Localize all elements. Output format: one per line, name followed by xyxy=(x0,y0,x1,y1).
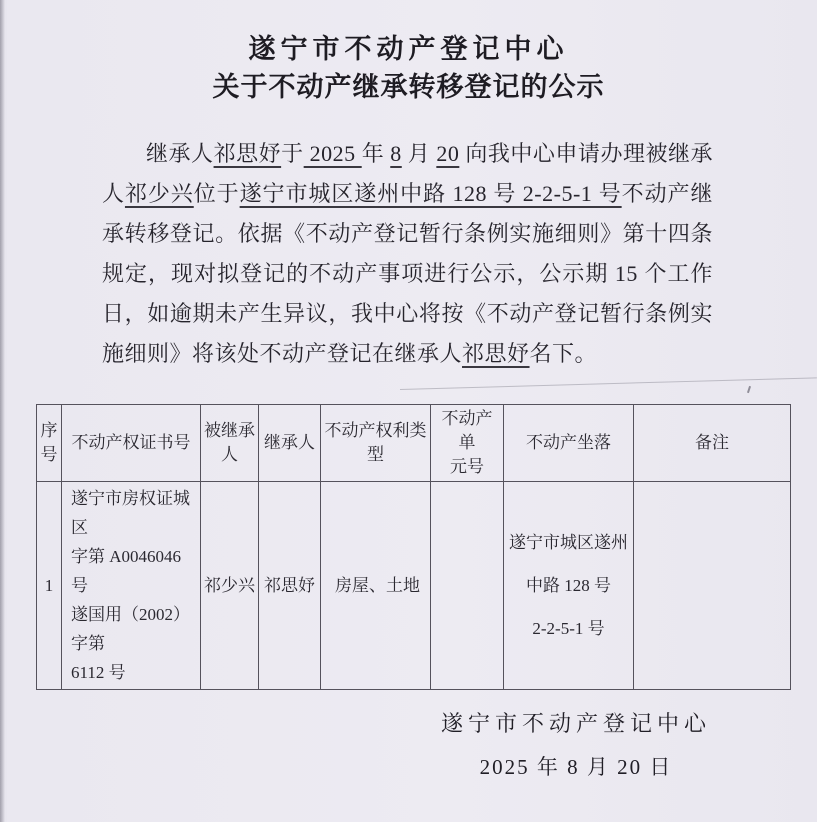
cell-line: 房屋、土地 xyxy=(335,574,427,598)
filled-in-underlined-text: 祁少兴 xyxy=(125,181,194,206)
table-cell-6: 遂宁市城区遂州中路 128 号2-2-5-1 号 xyxy=(504,482,634,690)
cell-line: 被继承人 xyxy=(204,419,255,467)
table-cell-2: 祁少兴 xyxy=(201,482,259,690)
table-cell-7 xyxy=(634,482,791,690)
text-run: 月 xyxy=(402,141,437,166)
header-cell-3: 继承人 xyxy=(259,405,321,482)
header-cell-1: 不动产权证书号 xyxy=(62,405,201,482)
cell-line: 不动产单 xyxy=(434,407,500,455)
property-record-table: 序号不动产权证书号被继承人继承人不动产权利类型不动产单元号不动产坐落备注1遂宁市… xyxy=(36,404,791,690)
cell-line: 不动产权证书号 xyxy=(65,431,197,455)
notice-body-paragraph: 继承人祁思妤于 2025 年 8 月 20 向我中心申请办理被继承人祁少兴位于遂… xyxy=(102,134,713,374)
signature-block: 遂宁市不动产登记中心 2025 年 8 月 20 日 xyxy=(441,710,711,780)
cell-line: 6112 号 xyxy=(71,658,196,687)
cell-line: 2-2-5-1 号 xyxy=(507,607,630,650)
header-cell-5: 不动产单元号 xyxy=(431,405,504,482)
cell-line: 遂宁市城区遂州 xyxy=(507,521,630,564)
signature-date: 2025 年 8 月 20 日 xyxy=(441,754,711,780)
text-run: 年 xyxy=(362,141,385,166)
cell-line: 号 xyxy=(40,443,58,467)
cell-line: 中路 128 号 xyxy=(507,564,630,607)
notice-title-line2: 关于不动产继承转移登记的公示 xyxy=(0,68,817,106)
text-run: 位于 xyxy=(194,181,240,206)
header-cell-2: 被继承人 xyxy=(201,405,259,482)
cell-line: 遂宁市房权证城区 xyxy=(71,484,196,542)
notice-title-line1: 遂宁市不动产登记中心 xyxy=(0,30,817,68)
table-cell-5 xyxy=(431,482,504,690)
cell-line: 备注 xyxy=(637,431,787,455)
header-cell-4: 不动产权利类型 xyxy=(321,405,431,482)
table-cell-3: 祁思妤 xyxy=(259,482,321,690)
text-run: 不动产继承转移登记。依据《不动产登记暂行条例实施细则》第十四条规定，现对拟登记的… xyxy=(102,181,713,366)
header-cell-0: 序号 xyxy=(37,405,62,482)
text-run: 于 xyxy=(281,141,304,166)
text-run: 继承人 xyxy=(146,141,214,166)
cell-line: 元号 xyxy=(434,455,500,479)
notice-title: 遂宁市不动产登记中心 关于不动产继承转移登记的公示 xyxy=(0,0,817,106)
cell-line: 字第 A0046046 号 xyxy=(71,542,196,600)
scan-artifact-line xyxy=(400,377,817,390)
cell-line: 祁思妤 xyxy=(262,574,317,598)
cell-line: 不动产坐落 xyxy=(507,431,630,455)
filled-in-underlined-text: 祁思妤 xyxy=(214,141,282,166)
table-header-row: 序号不动产权证书号被继承人继承人不动产权利类型不动产单元号不动产坐落备注 xyxy=(37,405,791,482)
table-row: 1遂宁市房权证城区字第 A0046046 号遂国用（2002）字第6112 号祁… xyxy=(37,482,791,690)
scanned-notice-page: 遂宁市不动产登记中心 关于不动产继承转移登记的公示 继承人祁思妤于 2025 年… xyxy=(0,0,817,822)
signature-org: 遂宁市不动产登记中心 xyxy=(441,710,711,738)
header-cell-6: 不动产坐落 xyxy=(504,405,634,482)
filled-in-underlined-text: 20 xyxy=(436,141,459,166)
filled-in-underlined-text: 2025 xyxy=(304,141,362,166)
cell-line: 序 xyxy=(40,419,58,443)
filled-in-underlined-text: 8 xyxy=(390,141,402,166)
table-cell-0: 1 xyxy=(37,482,62,690)
filled-in-underlined-text: 祁思妤 xyxy=(462,341,530,366)
table-cell-1: 遂宁市房权证城区字第 A0046046 号遂国用（2002）字第6112 号 xyxy=(62,482,201,690)
cell-line: 继承人 xyxy=(262,431,317,455)
cell-line: 不动产权利类型 xyxy=(324,419,427,467)
scan-artifact-tick xyxy=(747,386,751,393)
filled-in-underlined-text: 遂宁市城区遂州中路 128 号 2-2-5-1 号 xyxy=(240,181,622,206)
cell-line: 祁少兴 xyxy=(204,574,255,598)
cell-line: 1 xyxy=(40,574,58,598)
table-cell-4: 房屋、土地 xyxy=(321,482,431,690)
cell-line: 遂国用（2002）字第 xyxy=(71,600,196,658)
header-cell-7: 备注 xyxy=(634,405,791,482)
text-run: 名下。 xyxy=(530,341,598,366)
